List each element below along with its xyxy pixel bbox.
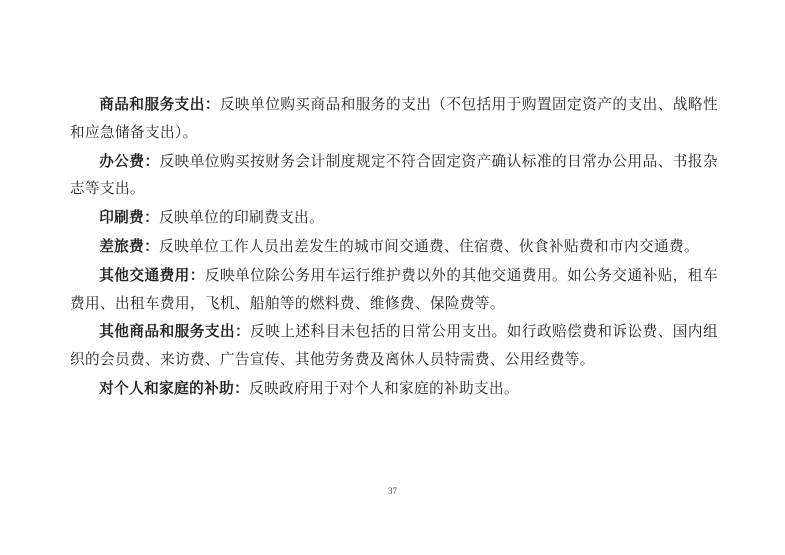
term-definition: 反映单位购买按财务会计制度规定不符合固定资产确认标准的日常办公用品、书报杂志等支…: [70, 153, 718, 198]
page-number: 37: [0, 486, 785, 496]
term-definition: 反映单位的印刷费支出。: [159, 209, 324, 226]
term-label: 其他商品和服务支出：: [99, 323, 250, 340]
paragraph-other-transport: 其他交通费用：反映单位除公务用车运行维护费以外的其他交通费用。如公务交通补贴，租…: [70, 262, 718, 318]
paragraph-other-goods-services: 其他商品和服务支出：反映上述科目未包括的日常公用支出。如行政赔偿费和诉讼费、国内…: [70, 318, 718, 374]
paragraph-printing-expense: 印刷费：反映单位的印刷费支出。: [70, 204, 718, 232]
term-label: 其他交通费用：: [99, 267, 205, 284]
paragraph-goods-services: 商品和服务支出：反映单位购买商品和服务的支出（不包括用于购置固定资产的支出、战略…: [70, 91, 718, 147]
paragraph-household-subsidy: 对个人和家庭的补助：反映政府用于对个人和家庭的补助支出。: [70, 375, 718, 403]
term-label: 印刷费：: [99, 209, 159, 226]
term-label: 商品和服务支出：: [99, 96, 220, 113]
document-body: 商品和服务支出：反映单位购买商品和服务的支出（不包括用于购置固定资产的支出、战略…: [70, 91, 718, 404]
term-definition: 反映单位工作人员出差发生的城市间交通费、住宿费、伙食补贴费和市内交通费。: [159, 238, 699, 255]
term-label: 对个人和家庭的补助：: [99, 380, 249, 397]
paragraph-office-expense: 办公费：反映单位购买按财务会计制度规定不符合固定资产确认标准的日常办公用品、书报…: [70, 148, 718, 204]
term-label: 差旅费：: [99, 238, 159, 255]
term-definition: 反映政府用于对个人和家庭的补助支出。: [249, 380, 519, 397]
paragraph-travel-expense: 差旅费：反映单位工作人员出差发生的城市间交通费、住宿费、伙食补贴费和市内交通费。: [70, 233, 718, 261]
term-label: 办公费：: [99, 153, 159, 170]
